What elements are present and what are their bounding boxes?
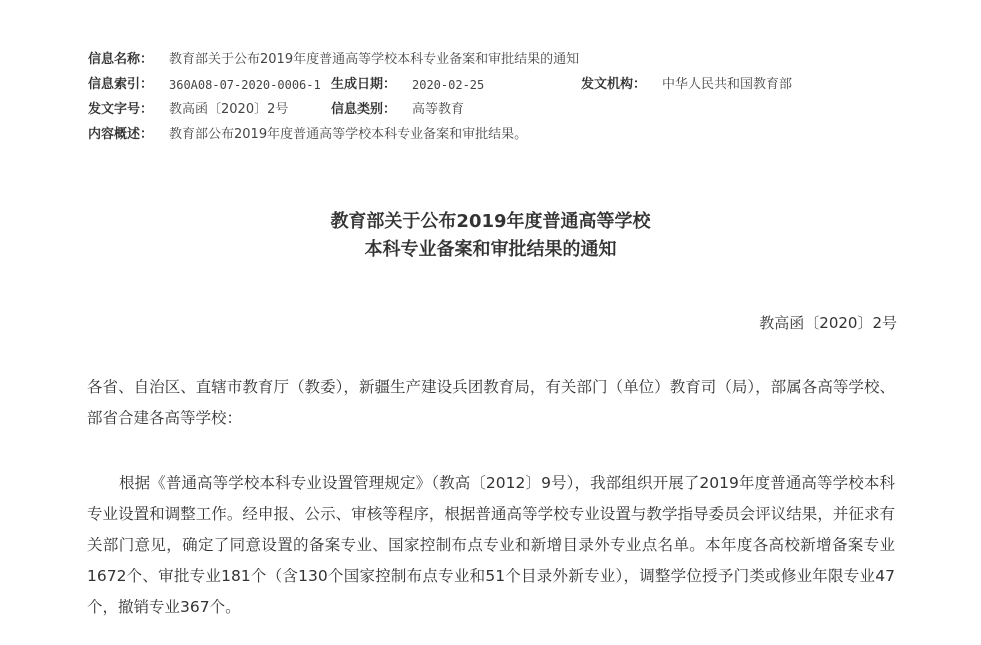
generated-date-label: 生成日期： <box>331 75 396 95</box>
info-name-label: 信息名称： <box>88 50 153 70</box>
info-category-label: 信息类别： <box>331 100 396 120</box>
title-line-2: 本科专业备案和审批结果的通知 <box>0 236 981 264</box>
summary-label: 内容概述： <box>88 125 153 145</box>
generated-date-value: 2020-02-25 <box>412 75 484 95</box>
title-line-1: 教育部关于公布2019年度普通高等学校 <box>0 208 981 236</box>
info-index-value: 360A08-07-2020-0006-1 <box>169 75 321 95</box>
salutation: 各省、自治区、直辖市教育厅（教委），新疆生产建设兵团教育局，有关部门（单位）教育… <box>87 372 895 434</box>
issuing-org-label: 发文机构： <box>581 75 646 95</box>
info-category-value: 高等教育 <box>412 100 464 120</box>
doc-number-value: 教高函〔2020〕2号 <box>169 100 288 120</box>
document-number: 教高函〔2020〕2号 <box>759 312 897 333</box>
body-paragraph-1: 根据《普通高等学校本科专业设置管理规定》（教高〔2012〕9号），我部组织开展了… <box>87 468 895 623</box>
document-title: 教育部关于公布2019年度普通高等学校 本科专业备案和审批结果的通知 <box>0 208 981 264</box>
doc-number-label: 发文字号： <box>88 100 153 120</box>
summary-value: 教育部公布2019年度普通高等学校本科专业备案和审批结果。 <box>169 125 527 145</box>
issuing-org-value: 中华人民共和国教育部 <box>662 75 792 95</box>
info-name-value: 教育部关于公布2019年度普通高等学校本科专业备案和审批结果的通知 <box>169 50 579 70</box>
info-index-label: 信息索引： <box>88 75 153 95</box>
